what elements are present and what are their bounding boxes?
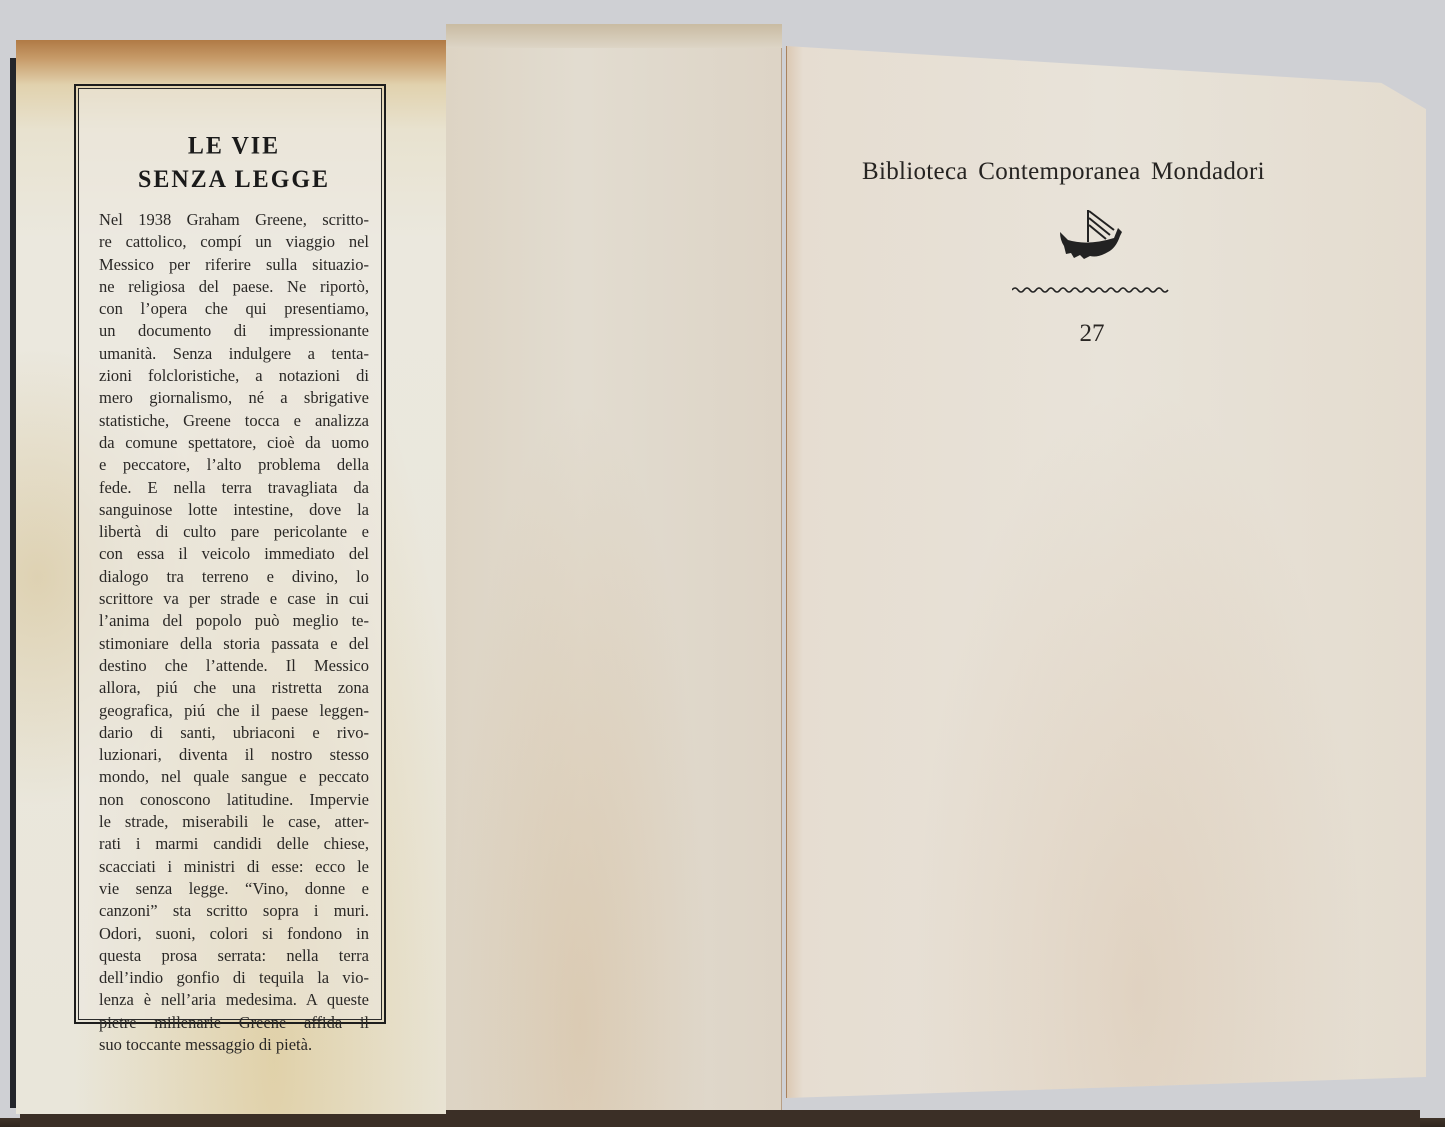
- flap-text-panel: LE VIE SENZA LEGGE Nel 1938 Graham Green…: [74, 84, 386, 1024]
- blurb-line: zioni folcloristiche, a notazioni di: [99, 365, 369, 387]
- blurb-line: Messico per riferire sulla situazio-: [99, 254, 369, 276]
- blurb-line: mero giornalismo, né a sbrigative: [99, 387, 369, 409]
- blurb-line: dell’indio gonfio di tequila la vio-: [99, 967, 369, 989]
- blurb-line: e peccatore, l’alto problema della: [99, 454, 369, 476]
- sailing-ship-icon: [1058, 208, 1130, 264]
- blurb-line: statistiche, Greene tocca e analizza: [99, 410, 369, 432]
- blurb-line: questa prosa serrata: nella terra: [99, 945, 369, 967]
- blurb-line: scacciati i ministri di esse: ecco le: [99, 856, 369, 878]
- blurb-line: libertà di culto pare pericolante e: [99, 521, 369, 543]
- book-title-line-1: LE VIE: [99, 129, 369, 163]
- blurb-line: re cattolico, compí un viaggio nel: [99, 231, 369, 253]
- blurb-line: dialogo tra terreno e divino, lo: [99, 566, 369, 588]
- blurb-line: scrittore va per strade e case in cui: [99, 588, 369, 610]
- blurb-line: suo toccante messaggio di pietà.: [99, 1034, 369, 1056]
- blurb-line: luzionari, diventa il nostro stesso: [99, 744, 369, 766]
- flap-text-panel-inner: LE VIE SENZA LEGGE Nel 1938 Graham Green…: [78, 88, 382, 1020]
- blurb-line: le strade, miserabili le case, atter-: [99, 811, 369, 833]
- blurb-line: sanguinose lotte intestine, dove la: [99, 499, 369, 521]
- blank-endpaper: [446, 48, 782, 1110]
- blurb-line: ne religiosa del paese. Ne riportò,: [99, 276, 369, 298]
- blurb-line: Nel 1938 Graham Greene, scritto-: [99, 209, 369, 231]
- blurb-line: stimoniare della storia passata e del: [99, 633, 369, 655]
- book-title-line-2: SENZA LEGGE: [99, 163, 369, 197]
- endpaper-top-edge: [446, 24, 782, 48]
- blurb-line: non conoscono latitudine. Impervie: [99, 789, 369, 811]
- blurb-line: rati i marmi candidi delle chiese,: [99, 833, 369, 855]
- blurb-line: dario di santi, ubriaconi e rivo-: [99, 722, 369, 744]
- blurb-line: fede. E nella terra travagliata da: [99, 477, 369, 499]
- blurb-line: pietre millenarie Greene affida il: [99, 1012, 369, 1034]
- series-number: 27: [1062, 320, 1122, 348]
- blurb-line: vie senza legge. “Vino, donne e: [99, 878, 369, 900]
- blurb-line: da comune spettatore, cioè da uomo: [99, 432, 369, 454]
- blurb-line: con l’opera che qui presentiamo,: [99, 298, 369, 320]
- blurb-line: destino che l’attende. Il Messico: [99, 655, 369, 677]
- blurb-line: l’anima del popolo può meglio te-: [99, 610, 369, 632]
- blurb-line: Odori, suoni, colori si fondono in: [99, 923, 369, 945]
- wavy-rule-icon: [1012, 286, 1170, 296]
- blurb-line: canzoni” sta scritto sopra i muri.: [99, 900, 369, 922]
- blurb-line: umanità. Senza indulgere a tenta-: [99, 343, 369, 365]
- blurb-line: un documento di impressionante: [99, 320, 369, 342]
- blurb-line: con essa il veicolo immediato del: [99, 543, 369, 565]
- blurb-line: allora, piú che una ristretta zona: [99, 677, 369, 699]
- blurb-line: lenza è nell’aria medesima. A queste: [99, 989, 369, 1011]
- publisher-series-name: Biblioteca Contemporanea Mondadori: [862, 158, 1312, 186]
- blurb-line: geografica, piú che il paese leggen-: [99, 700, 369, 722]
- flap-blurb: Nel 1938 Graham Greene, scritto-re catto…: [99, 209, 369, 1056]
- book-title: LE VIE SENZA LEGGE: [99, 129, 369, 196]
- title-page: [786, 46, 1426, 1098]
- blurb-line: mondo, nel quale sangue e peccato: [99, 766, 369, 788]
